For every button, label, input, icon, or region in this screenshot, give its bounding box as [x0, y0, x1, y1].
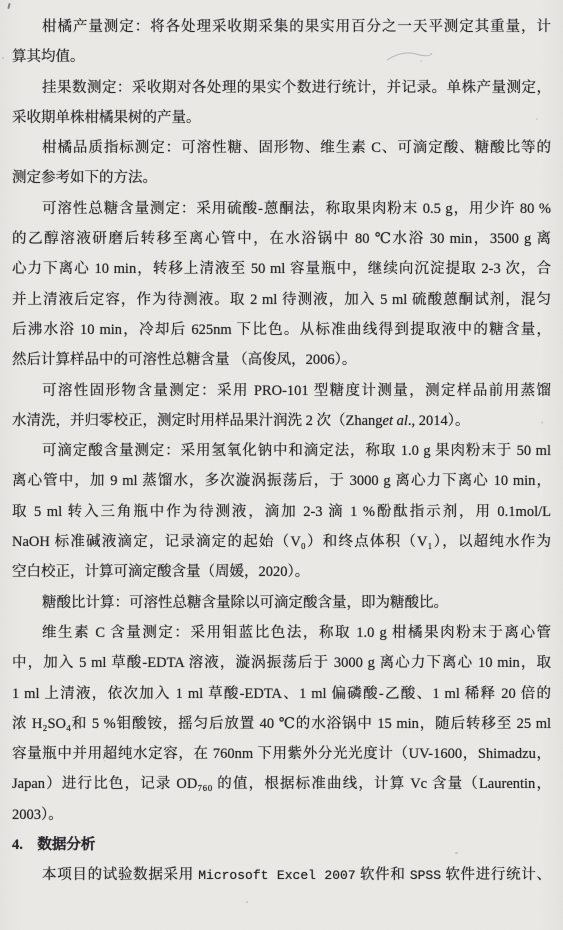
- para-vc-line4: 浓 H₂SO₄和 5 %钼酸铵，摇匀后放置 40 ℃的水浴锅中 15 min，随…: [12, 709, 551, 739]
- text-fragment: 2003）。: [12, 807, 63, 823]
- section-heading-data-analysis: 4. 数据分析: [12, 830, 551, 860]
- text-fragment: 取 5 ml 转入三角瓶中作为待测液，滴加 2-3 滴 1 %酚酞指示剂，用 0…: [12, 504, 551, 520]
- text-fragment: NaOH 标准碱液滴定，记录滴定的起始（V₀）和终点体积（V₁），以超纯水作为: [12, 534, 551, 550]
- text-fragment: 测定参考如下的方法。: [12, 170, 157, 186]
- para-sugar-line5: 后沸水浴 10 min，冷却后 625nm 下比色。从标准曲线得到提取液中的糖含…: [12, 315, 551, 345]
- italic-citation-fragment: et al: [383, 413, 408, 429]
- para-analysis-line1: 本项目的试验数据采用 Microsoft Excel 2007 软件和 SPSS…: [12, 860, 551, 890]
- para-sugar-line2: 的乙醇溶液研磨后转移至离心管中，在水浴锅中 80 ℃水浴 30 min，3500…: [12, 224, 551, 254]
- scan-tick-artifact: [7, 3, 10, 9]
- para-sugar-line6: 然后计算样品中的可溶性总糖含量 （高俊凤，2006）。: [12, 345, 551, 375]
- para-acid-line5: 空白校正，计算可滴定酸含量（周媛，2020）。: [12, 557, 551, 587]
- scan-speck: [2, 57, 4, 59]
- para-fruitcount-line1: 挂果数测定：采收期对各处理的果实个数进行统计，并记录。单株产量测定，: [12, 73, 551, 103]
- para-sugar-line4: 并上清液后定容，作为待测液。取 2 ml 待测液，加入 5 ml 硫酸蒽酮试剂，…: [12, 285, 551, 315]
- para-vc-line2: 中，加入 5 ml 草酸-EDTA 溶液，漩涡振荡后于 3000 g 离心力下离…: [12, 648, 551, 678]
- software-name-fragment: Microsoft Excel 2007: [198, 868, 355, 883]
- text-fragment: 心力下离心 10 min，转移上清液至 50 ml 容量瓶中，继续向沉淀提取 2…: [12, 261, 551, 277]
- para-fruitcount-line2: 采收期单株柑橘果树的产量。: [12, 103, 551, 133]
- para-vc-line1: 维生素 C 含量测定：采用钼蓝比色法，称取 1.0 g 柑橘果肉粉末于离心管: [12, 618, 551, 648]
- text-fragment: 算其均值。: [12, 49, 85, 65]
- text-fragment: 维生素 C 含量测定：采用钼蓝比色法，称取 1.0 g 柑橘果肉粉末于离心管: [42, 625, 551, 641]
- para-acid-line2: 离心管中，加 9 ml 蒸馏水，多次漩涡振荡后，于 3000 g 离心力下离心 …: [12, 466, 551, 496]
- para-ratio-line1: 糖酸比计算：可溶性总糖含量除以可滴定酸含量，即为糖酸比。: [12, 588, 551, 618]
- document-lines: 柑橘产量测定：将各处理采收期采集的果实用百分之一天平测定其重量，计算其均值。挂果…: [12, 12, 551, 891]
- text-fragment: 后沸水浴 10 min，冷却后 625nm 下比色。从标准曲线得到提取液中的糖含…: [12, 322, 551, 338]
- para-acid-line3: 取 5 ml 转入三角瓶中作为待测液，滴加 2-3 滴 1 %酚酞指示剂，用 0…: [12, 497, 551, 527]
- para-yield-line1: 柑橘产量测定：将各处理采收期采集的果实用百分之一天平测定其重量，计: [12, 12, 551, 42]
- para-sugar-line3: 心力下离心 10 min，转移上清液至 50 ml 容量瓶中，继续向沉淀提取 2…: [12, 254, 551, 284]
- text-fragment: 的乙醇溶液研磨后转移至离心管中，在水浴锅中 80 ℃水浴 30 min，3500…: [12, 231, 551, 247]
- text-fragment: 本项目的试验数据采用: [42, 867, 198, 883]
- para-yield-line2: 算其均值。: [12, 42, 551, 72]
- text-fragment: 离心管中，加 9 ml 蒸馏水，多次漩涡振荡后，于 3000 g 离心力下离心 …: [12, 473, 551, 489]
- para-acid-line1: 可滴定酸含量测定：采用氢氧化钠中和滴定法，称取 1.0 g 果肉粉末于 50 m…: [12, 436, 551, 466]
- text-fragment: 浓 H₂SO₄和 5 %钼酸铵，摇匀后放置 40 ℃的水浴锅中 15 min，随…: [12, 716, 551, 732]
- text-fragment: 可滴定酸含量测定：采用氢氧化钠中和滴定法，称取 1.0 g 果肉粉末于 50 m…: [42, 443, 551, 459]
- text-fragment: 采收期单株柑橘果树的产量。: [12, 110, 201, 126]
- para-vc-line5: 容量瓶中并用超纯水定容，在 760nm 下用紫外分光光度计（UV-1600，Sh…: [12, 739, 551, 769]
- text-fragment: 糖酸比计算：可溶性总糖含量除以可滴定酸含量，即为糖酸比。: [42, 595, 448, 611]
- text-fragment: 然后计算样品中的可溶性总糖含量 （高俊凤，2006）。: [12, 352, 356, 368]
- text-fragment: 水清洗，并归零校正，测定时用样品果汁润洗 2 次（Zhang: [12, 413, 383, 429]
- text-fragment: 柑橘品质指标测定：可溶性糖、固形物、维生素 C、可滴定酸、糖酸比等的: [42, 140, 551, 156]
- text-fragment: ., 2014）。: [408, 413, 470, 429]
- scan-speck: [246, 901, 248, 903]
- para-sugar-line1: 可溶性总糖含量测定：采用硫酸-蒽酮法，称取果肉粉末 0.5 g，用少许 80 %: [12, 194, 551, 224]
- text-fragment: 4. 数据分析: [12, 837, 95, 853]
- para-quality-line1: 柑橘品质指标测定：可溶性糖、固形物、维生素 C、可滴定酸、糖酸比等的: [12, 133, 551, 163]
- para-solids-line2: 水清洗，并归零校正，测定时用样品果汁润洗 2 次（Zhanget al., 20…: [12, 406, 551, 436]
- software-name-fragment: SPSS: [410, 868, 441, 883]
- text-fragment: 软件进行统计、: [441, 867, 551, 883]
- document-page: 柑橘产量测定：将各处理采收期采集的果实用百分之一天平测定其重量，计算其均值。挂果…: [12, 12, 551, 891]
- text-fragment: 容量瓶中并用超纯水定容，在 760nm 下用紫外分光光度计（UV-1600，Sh…: [12, 746, 551, 762]
- para-acid-line4: NaOH 标准碱液滴定，记录滴定的起始（V₀）和终点体积（V₁），以超纯水作为: [12, 527, 551, 557]
- text-fragment: 中，加入 5 ml 草酸-EDTA 溶液，漩涡振荡后于 3000 g 离心力下离…: [12, 655, 551, 671]
- text-fragment: 空白校正，计算可滴定酸含量（周媛，2020）。: [12, 564, 309, 580]
- text-fragment: 可溶性总糖含量测定：采用硫酸-蒽酮法，称取果肉粉末 0.5 g，用少许 80 %: [42, 201, 551, 217]
- text-fragment: 柑橘产量测定：将各处理采收期采集的果实用百分之一天平测定其重量，计: [42, 19, 551, 35]
- text-fragment: 1 ml 上清液，依次加入 1 ml 草酸-EDTA、1 ml 偏磷酸-乙酸、1…: [12, 686, 551, 702]
- text-fragment: Japan）进行比色，记录 OD₇₆₀ 的值，根据标准曲线，计算 Vc 含量（L…: [12, 776, 551, 792]
- para-vc-line3: 1 ml 上清液，依次加入 1 ml 草酸-EDTA、1 ml 偏磷酸-乙酸、1…: [12, 679, 551, 709]
- para-vc-line7: 2003）。: [12, 800, 551, 830]
- text-fragment: 并上清液后定容，作为待测液。取 2 ml 待测液，加入 5 ml 硫酸蒽酮试剂，…: [12, 292, 551, 308]
- text-fragment: 可溶性固形物含量测定：采用 PRO-101 型糖度计测量，测定样品前用蒸馏: [42, 383, 551, 399]
- para-quality-line2: 测定参考如下的方法。: [12, 163, 551, 193]
- para-solids-line1: 可溶性固形物含量测定：采用 PRO-101 型糖度计测量，测定样品前用蒸馏: [12, 376, 551, 406]
- text-fragment: 软件和: [356, 867, 410, 883]
- para-vc-line6: Japan）进行比色，记录 OD₇₆₀ 的值，根据标准曲线，计算 Vc 含量（L…: [12, 769, 551, 799]
- text-fragment: 挂果数测定：采收期对各处理的果实个数进行统计，并记录。单株产量测定，: [42, 80, 551, 96]
